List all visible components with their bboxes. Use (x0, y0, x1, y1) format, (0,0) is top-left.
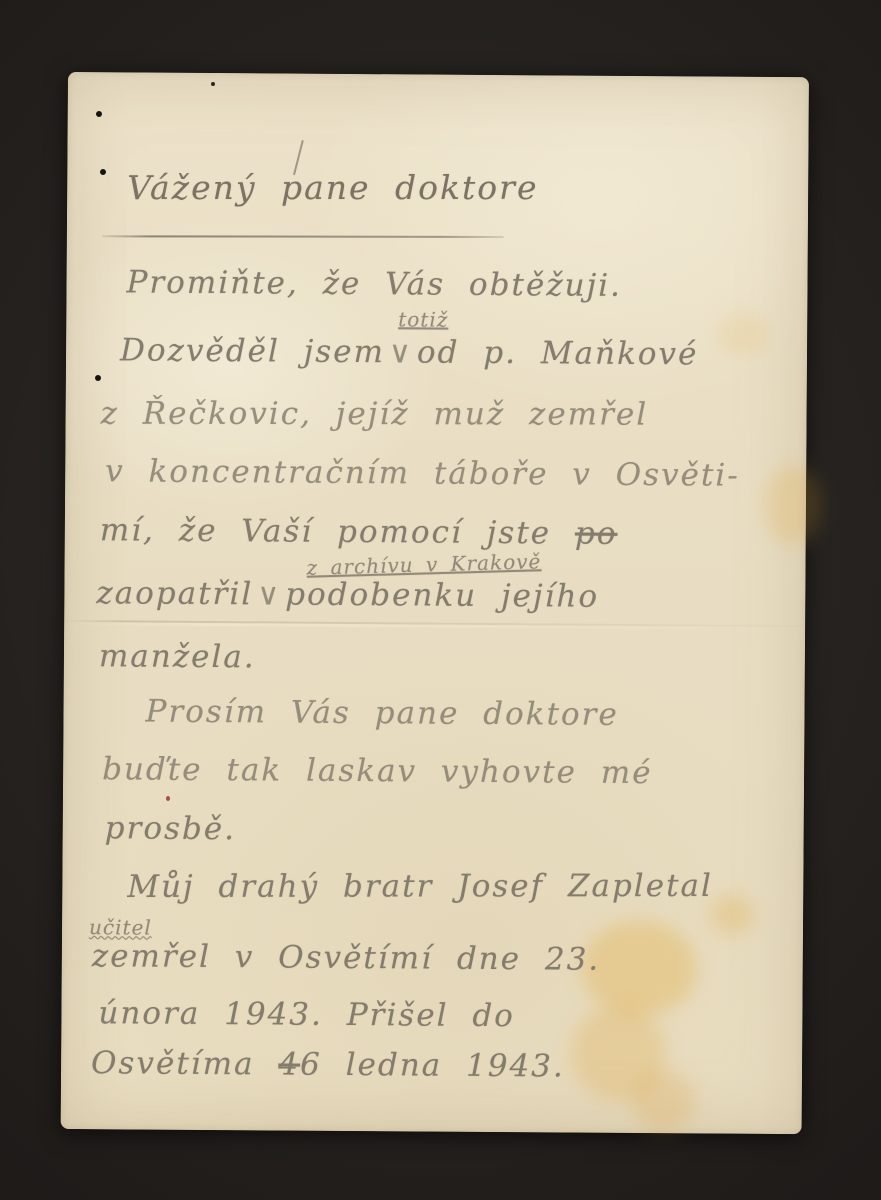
pinhole (100, 169, 106, 175)
line-text: manžela. (99, 638, 256, 675)
paper-stain (631, 1071, 696, 1131)
paper-stain (710, 895, 754, 935)
insertion-above-line: totiž (398, 307, 448, 331)
insertion-text: učitel (89, 915, 152, 939)
line-text: buďte tak laskav vyhovte mé (102, 751, 653, 791)
photo-of-letter: { "letter": { "language": "Czech", "head… (0, 0, 881, 1200)
text-line: buďte tak laskav vyhovte mé (102, 751, 653, 791)
paper-stain (765, 465, 821, 545)
insertion-text: totiž (398, 307, 448, 331)
text-line: z Řečkovic, jejíž muž zemřel (101, 396, 649, 433)
line-text: podobenku jejího (285, 577, 599, 615)
text-line: Můj drahý bratr Josef Zapletal (127, 868, 713, 905)
text-line: Promiňte, že Vás obtěžuji. (126, 264, 622, 303)
dark-speck (211, 82, 215, 86)
line-text: od p. Maňkové (417, 334, 699, 372)
text-line: Osvětíma 46 ledna 1943. (91, 1045, 565, 1084)
line-text: února 1943. Přišel do (98, 995, 515, 1034)
text-line: února 1943. Přišel do (98, 995, 515, 1034)
line-text: prosbě. (105, 810, 237, 847)
text-line: Prosím Vás pane doktore (145, 694, 619, 733)
salutation-line: Vážený pane doktore (127, 168, 538, 207)
text-line: mí, že Vaší pomocí jste po (100, 512, 618, 552)
line-text: Promiňte, že Vás obtěžuji. (126, 264, 622, 303)
line-text: zemřel v Osvětímí dne 23. (92, 938, 601, 978)
line-text: mí, že Vaší pomocí jste (100, 512, 552, 551)
insertion-above-line: z archívu v Krakově (306, 549, 541, 580)
line-text: zaopatřil (96, 575, 253, 612)
line-text: z Řečkovic, jejíž muž zemřel (101, 396, 649, 433)
text-line: prosbě. (105, 810, 237, 847)
text-line: v koncentračním táboře v Osvěti- (105, 453, 740, 493)
line-text: 6 ledna 1943. (300, 1047, 565, 1085)
pinhole (95, 375, 101, 381)
letter-paper: Vážený pane doktore Promiňte, že Vás obt… (61, 72, 809, 1134)
text-line: zaopatřil∨podobenku jejího (96, 575, 599, 615)
salutation-text: Vážený pane doktore (127, 168, 538, 207)
struck-digit: 4 (278, 1046, 300, 1082)
text-line: zemřel v Osvětímí dne 23. (92, 938, 601, 978)
struck-word: po (575, 516, 618, 552)
insertion-caret-mark: ∨ (385, 335, 417, 370)
line-text: Dozvěděl jsem (120, 332, 385, 370)
paper-stain (716, 312, 771, 357)
insertion-text: z archívu v Krakově (306, 549, 541, 580)
text-line: Dozvěděl jsem∨od p. Maňkové (120, 332, 699, 372)
text-line: manžela. (99, 638, 256, 675)
line-text: Prosím Vás pane doktore (145, 694, 619, 733)
pinhole (96, 111, 102, 117)
line-text: Můj drahý bratr Josef Zapletal (127, 868, 713, 905)
line-text: Osvětíma (91, 1045, 255, 1082)
insertion-caret-mark: ∨ (253, 577, 285, 612)
salutation-underline (102, 235, 504, 238)
insertion-above-line: učitel (89, 915, 152, 939)
line-text: v koncentračním táboře v Osvěti- (105, 453, 740, 493)
red-speck (166, 796, 170, 801)
